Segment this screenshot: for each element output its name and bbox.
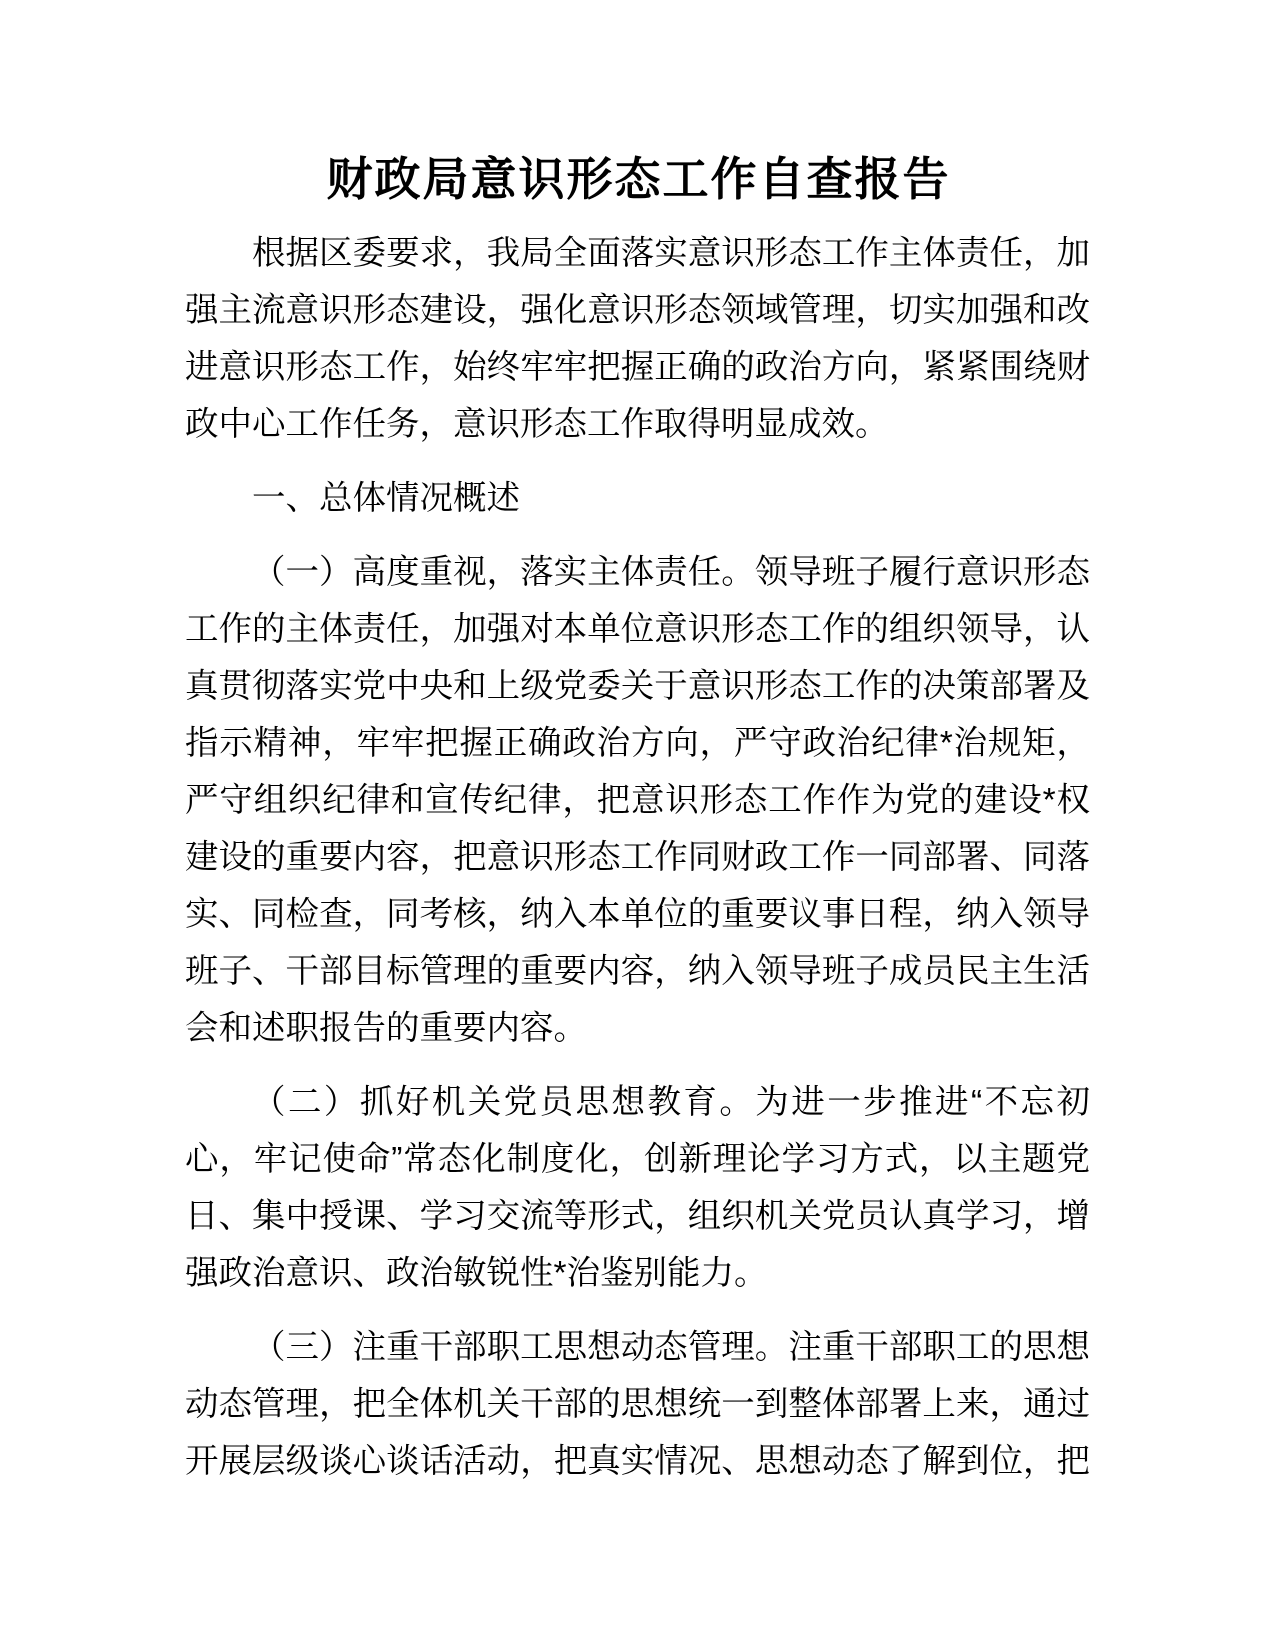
paragraph: 根据区委要求，我局全面落实意识形态工作主体责任，加 强主流意识形态建设，强化意识… — [185, 225, 1090, 453]
text-line: （二）抓好机关党员思想教育。为进一步推进“不忘初 — [185, 1074, 1090, 1131]
text-line: 开展层级谈心谈话活动，把真实情况、思想动态了解到位，把 — [185, 1433, 1090, 1490]
text-line: 工作的主体责任，加强对本单位意识形态工作的组织领导，认 — [185, 601, 1090, 658]
paragraph: （三）注重干部职工思想动态管理。注重干部职工的思想 动态管理，把全体机关干部的思… — [185, 1319, 1090, 1490]
document-title: 财政局意识形态工作自查报告 — [185, 148, 1090, 210]
text-line: （一）高度重视，落实主体责任。领导班子履行意识形态 — [185, 544, 1090, 601]
text-line: 心，牢记使命”常态化制度化，创新理论学习方式，以主题党 — [185, 1131, 1090, 1188]
paragraph: （一）高度重视，落实主体责任。领导班子履行意识形态 工作的主体责任，加强对本单位… — [185, 544, 1090, 1057]
text-line: 强主流意识形态建设，强化意识形态领域管理，切实加强和改 — [185, 282, 1090, 339]
text-line: 强政治意识、政治敏锐性*治鉴别能力。 — [185, 1245, 1090, 1302]
section-heading: 一、总体情况概述 — [185, 470, 1090, 527]
document-page: 财政局意识形态工作自查报告 根据区委要求，我局全面落实意识形态工作主体责任，加 … — [0, 0, 1275, 1650]
text-line: （三）注重干部职工思想动态管理。注重干部职工的思想 — [185, 1319, 1090, 1376]
text-line: 建设的重要内容，把意识形态工作同财政工作一同部署、同落 — [185, 829, 1090, 886]
text-line: 进意识形态工作，始终牢牢把握正确的政治方向，紧紧围绕财 — [185, 339, 1090, 396]
text-line: 实、同检查，同考核，纳入本单位的重要议事日程，纳入领导 — [185, 886, 1090, 943]
text-line: 政中心工作任务，意识形态工作取得明显成效。 — [185, 396, 1090, 453]
text-line: 真贯彻落实党中央和上级党委关于意识形态工作的决策部署及 — [185, 658, 1090, 715]
text-line: 动态管理，把全体机关干部的思想统一到整体部署上来，通过 — [185, 1376, 1090, 1433]
paragraph: （二）抓好机关党员思想教育。为进一步推进“不忘初 心，牢记使命”常态化制度化，创… — [185, 1074, 1090, 1302]
text-line: 根据区委要求，我局全面落实意识形态工作主体责任，加 — [185, 225, 1090, 282]
text-line: 指示精神，牢牢把握正确政治方向，严守政治纪律*治规矩， — [185, 715, 1090, 772]
text-line: 日、集中授课、学习交流等形式，组织机关党员认真学习，增 — [185, 1188, 1090, 1245]
text-line: 严守组织纪律和宣传纪律，把意识形态工作作为党的建设*权 — [185, 772, 1090, 829]
heading-line: 一、总体情况概述 — [185, 470, 1090, 527]
text-line: 班子、干部目标管理的重要内容，纳入领导班子成员民主生活 — [185, 943, 1090, 1000]
text-line: 会和述职报告的重要内容。 — [185, 1000, 1090, 1057]
